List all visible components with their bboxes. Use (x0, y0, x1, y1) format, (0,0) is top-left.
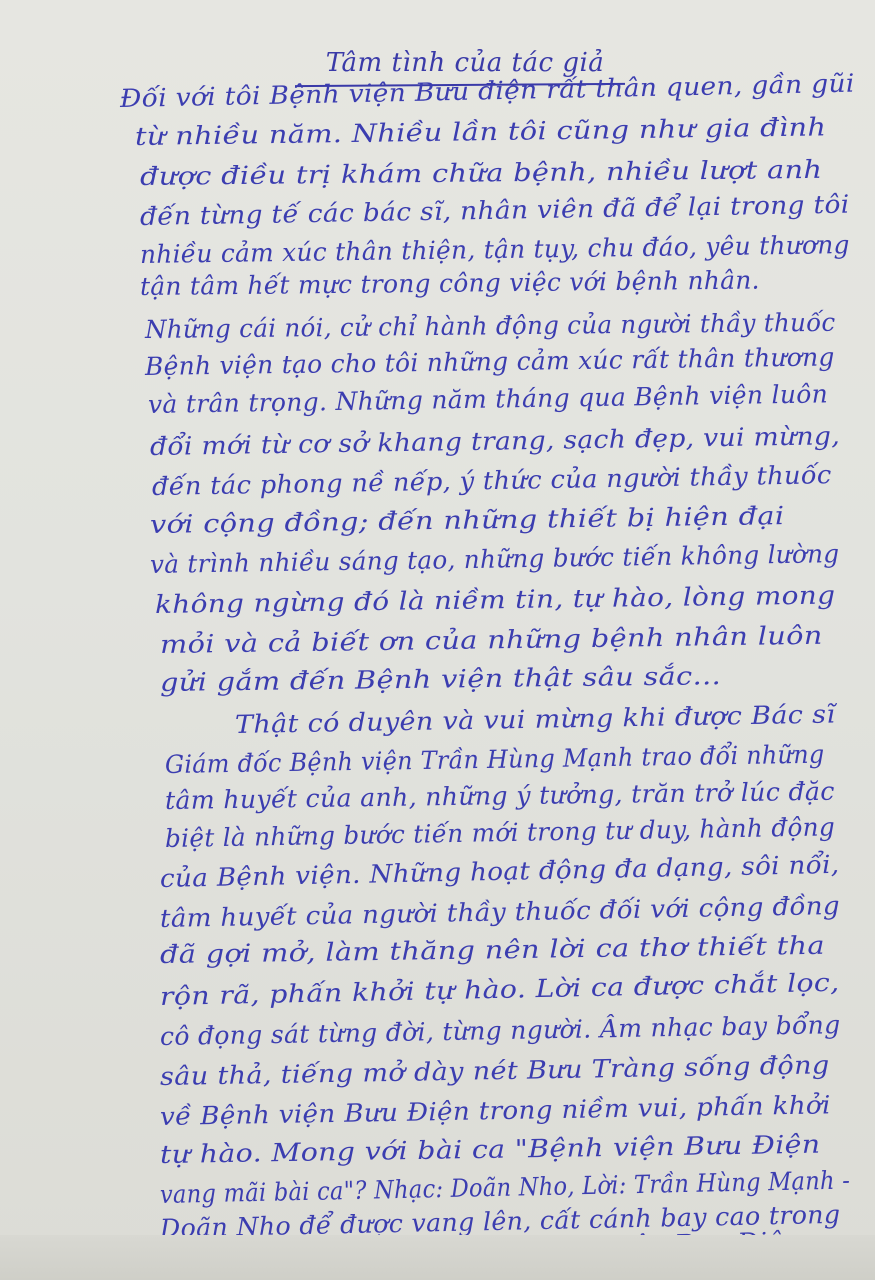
handwritten-line: Những cái nói, cử chỉ hành động của ngườ… (145, 308, 836, 344)
handwritten-line: Giám đốc Bệnh viện Trần Hùng Mạnh trao đ… (165, 740, 825, 779)
handwritten-line: đã gợi mở, làm thăng nên lời ca thơ thiế… (160, 931, 825, 969)
handwritten-line: của Bệnh viện. Những hoạt động đa dạng, … (160, 850, 840, 893)
handwritten-line: sâu thả, tiếng mở dày nét Bưu Tràng sống… (160, 1050, 830, 1091)
handwritten-line: đến tác phong nề nếp, ý thức của người t… (152, 460, 832, 501)
handwritten-line: và trình nhiều sáng tạo, những bước tiến… (150, 539, 840, 579)
handwritten-line: tâm huyết của người thầy thuốc đối với c… (160, 891, 840, 933)
handwritten-line: về Bệnh viện Bưu Điện trong niềm vui, ph… (160, 1090, 831, 1131)
handwritten-line: rộn rã, phấn khởi tự hào. Lời ca được ch… (160, 968, 840, 1011)
handwritten-line: không ngừng đó là niềm tin, tự hào, lòng… (155, 581, 836, 619)
handwritten-line: Bệnh viện tạo cho tôi những cảm xúc rất … (145, 342, 835, 381)
handwritten-line: cô đọng sát từng đời, từng người. Âm nhạ… (160, 1010, 841, 1051)
handwritten-line: đến từng tế các bác sĩ, nhân viên đã để … (140, 190, 850, 231)
handwritten-line: tự hào. Mong với bài ca "Bệnh viện Bưu Đ… (160, 1130, 821, 1169)
handwritten-page: Tâm tình của tác giả Đối với tôi Bệnh vi… (0, 0, 875, 1240)
handwritten-line: tận tâm hết mực trong công việc với bệnh… (140, 266, 760, 301)
handwritten-line: mỏi và cả biết ơn của những bệnh nhân lu… (160, 621, 823, 659)
handwritten-line: nhiều cảm xúc thân thiện, tận tụy, chu đ… (140, 230, 850, 269)
handwritten-line: tâm huyết của anh, những ý tưởng, trăn t… (165, 777, 835, 815)
handwritten-line: từ nhiều năm. Nhiều lần tôi cũng như gia… (135, 112, 827, 151)
page-bottom-edge (0, 1235, 875, 1280)
handwritten-line: gửi gắm đến Bệnh viện thật sâu sắc... (160, 661, 721, 697)
handwritten-line: biệt là những bước tiến mới trong tư duy… (165, 812, 836, 853)
handwritten-line: với cộng đồng; đến những thiết bị hiện đ… (150, 501, 785, 539)
handwritten-line: Thật có duyên và vui mừng khi được Bác s… (235, 700, 836, 739)
handwritten-line: và trân trọng. Những năm tháng qua Bệnh … (148, 379, 828, 419)
handwritten-line: được điều trị khám chữa bệnh, nhiều lượt… (140, 155, 823, 191)
handwritten-line: đổi mới từ cơ sở khang trang, sạch đẹp, … (150, 421, 840, 461)
